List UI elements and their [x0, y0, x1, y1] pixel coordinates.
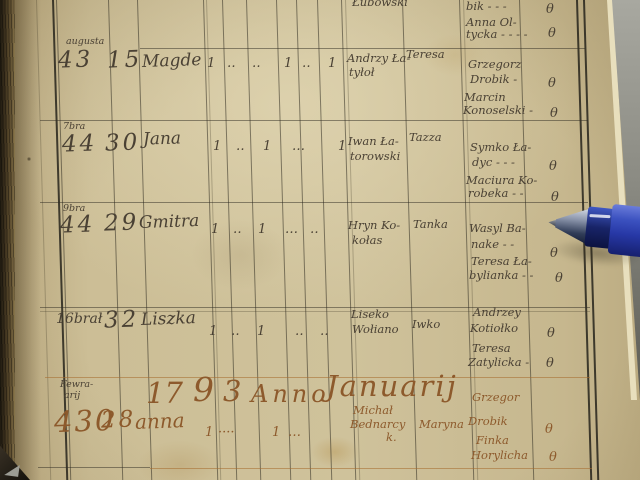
- tick-mark: 1: [205, 426, 213, 439]
- child-name: Gmitra: [139, 213, 200, 232]
- tick-mark: 1: [209, 325, 217, 338]
- godparent-line: Grzegor: [472, 392, 519, 404]
- tick-mark: ‥: [320, 325, 329, 338]
- godparent-line: Marcin: [464, 92, 506, 104]
- godparent-line: Wasyl Ba-: [469, 223, 526, 235]
- house-number: 44: [60, 213, 96, 237]
- godparent-line: nake - -: [471, 239, 514, 251]
- register-photo: Łubowskibik - - -θAnna Ol-tycka - - - -θ…: [0, 0, 640, 480]
- tick-mark: ‥: [231, 325, 240, 338]
- status-mark: θ: [549, 451, 557, 464]
- year-digits: 9: [193, 373, 214, 406]
- godparent-line: Horylicha: [471, 450, 528, 462]
- year-digits: 17: [146, 379, 183, 408]
- tick-mark: 1: [207, 57, 215, 70]
- day-number: 28: [101, 408, 137, 432]
- father-name: Wołiano: [352, 324, 399, 336]
- mother-name: Iwko: [412, 319, 440, 331]
- status-mark: θ: [550, 107, 558, 120]
- mother-name: Teresa: [406, 49, 445, 61]
- day-number: 30: [105, 131, 141, 155]
- father-name: Liseko: [351, 309, 389, 321]
- father-name: tyłoł: [349, 67, 375, 79]
- child-name: anna: [135, 410, 185, 432]
- tick-mark: 1: [211, 223, 219, 236]
- house-number: 44: [62, 132, 98, 156]
- tick-mark: ‥: [302, 57, 311, 70]
- godparent-line: bik - - -: [466, 1, 507, 13]
- page-corner-tab: [4, 463, 20, 477]
- godparent-line: dyc - - -: [472, 157, 515, 169]
- status-mark: θ: [546, 3, 554, 16]
- father-name: Hryn Ko-: [348, 220, 400, 232]
- mother-name: Tanka: [413, 219, 448, 231]
- tick-mark: …: [288, 426, 301, 439]
- status-mark: θ: [549, 160, 557, 173]
- child-name: Jana: [143, 130, 182, 148]
- tick-mark: ‥: [233, 223, 242, 236]
- godparent-line: Maciura Ko-: [466, 175, 537, 187]
- mother-name: Tazza: [409, 132, 442, 144]
- mother-name: Maryna: [419, 419, 464, 431]
- binding-shadow: [15, 0, 41, 480]
- godparent-line: Konoselski -: [463, 105, 533, 117]
- child-name: Magde: [142, 52, 202, 71]
- godparent-line: Drobik: [468, 416, 508, 428]
- father-name: Michał: [353, 405, 393, 417]
- house-number: 43: [58, 48, 94, 72]
- tick-mark: 1: [213, 140, 221, 153]
- godparent-line: Symko Ła-: [470, 142, 531, 154]
- father-name: k.: [386, 432, 397, 444]
- year-month: Januarij: [326, 372, 458, 401]
- father-name: Iwan Ła-: [348, 136, 399, 148]
- status-mark: θ: [546, 357, 554, 370]
- tick-mark: ‥: [252, 57, 261, 70]
- month-note: augusta: [66, 37, 104, 47]
- father-name: Andrzy Ła-: [347, 53, 410, 65]
- tick-mark: 1: [284, 57, 292, 70]
- godparent-line: Zatylicka -: [468, 357, 529, 369]
- godparent-line: Teresa Ła-: [471, 256, 532, 268]
- godparent-line: Drobik -: [470, 74, 517, 86]
- book-spine-edge: [0, 0, 15, 480]
- father-name: kołas: [352, 235, 382, 247]
- tick-mark: …: [292, 140, 305, 153]
- day-number: 29: [104, 211, 140, 235]
- father-name: Bednarcy: [350, 419, 405, 431]
- year-digits: 3: [223, 377, 241, 406]
- godparent-line: Teresa: [472, 343, 511, 355]
- month-note: arij: [64, 391, 80, 401]
- tick-mark: ‥: [310, 223, 319, 236]
- tick-mark: ‥: [227, 57, 236, 70]
- year-anno: Anno: [251, 382, 330, 406]
- godparent-line: robeka - -: [468, 188, 524, 200]
- tick-mark: 1: [328, 57, 336, 70]
- month-note: Fewra-: [60, 380, 93, 390]
- tick-mark: 1: [272, 426, 280, 439]
- father-name: torowski: [350, 151, 400, 163]
- status-mark: θ: [548, 27, 556, 40]
- day-number: 32: [104, 308, 140, 332]
- pen-barrel: [608, 204, 640, 258]
- godparent-line: Andrzey: [473, 307, 521, 319]
- godparent-line: Grzegorz: [468, 59, 521, 71]
- tick-mark: ‥: [236, 140, 245, 153]
- tick-mark: …: [285, 223, 298, 236]
- house-number: 16brał: [56, 312, 102, 326]
- godparent-line: Finka: [476, 435, 509, 447]
- status-mark: θ: [555, 272, 563, 285]
- status-mark: θ: [548, 77, 556, 90]
- tick-mark: 1: [338, 140, 346, 153]
- child-name: Liszka: [141, 310, 196, 329]
- day-number: 15: [107, 48, 143, 72]
- tick-mark: 1: [258, 223, 266, 236]
- father-name: Łubowski: [352, 0, 408, 9]
- godparent-line: Kotiołko: [470, 323, 518, 335]
- tick-mark: 1: [263, 140, 271, 153]
- godparent-line: bylianka - -: [469, 270, 533, 282]
- tick-mark: 1: [257, 325, 265, 338]
- status-mark: θ: [545, 423, 553, 436]
- godparent-line: tycka - - - -: [466, 29, 528, 41]
- ballpoint-pen: [544, 196, 640, 258]
- tick-mark: ‥: [295, 325, 304, 338]
- status-mark: θ: [547, 327, 555, 340]
- tick-mark: ····: [218, 426, 235, 439]
